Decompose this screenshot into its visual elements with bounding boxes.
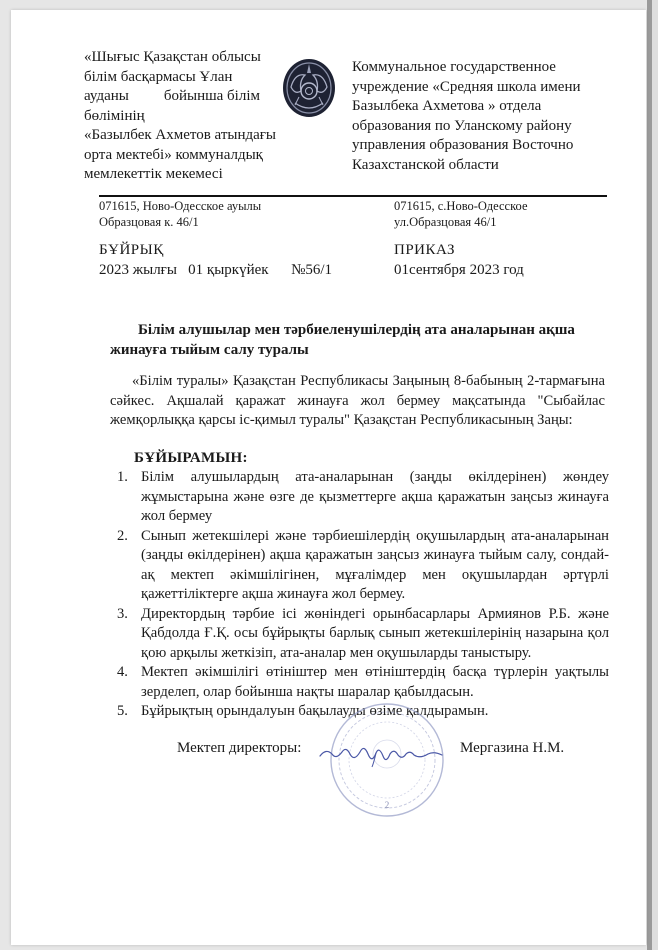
scrollbar-thumb[interactable] [647,0,652,950]
header-kz-line: білім басқармасы Ұлан [84,68,284,88]
header-kz-line: орта мектебі» коммуналдық [84,146,284,166]
header-kz-line: ауданы бойынша білім [84,87,260,107]
order-day-kz: 01 қыркүйек [188,262,268,278]
header-institution-kz: «Шығыс Қазақстан облысы білім басқармасы… [84,48,284,185]
item-text: Директордың тәрбие ісі жөніндегі орынбас… [141,605,609,664]
directive-heading: БҰЙЫРАМЫН: [134,450,248,467]
header-kz-word: ауданы [84,87,129,107]
address-line: Образцовая к. 46/1 [99,214,261,230]
address-ru: 071615, с.Ново-Одесское ул.Образцовая 46… [394,198,528,230]
state-emblem-icon [281,57,337,119]
item-text: Мектеп әкімшілігі өтініштер мен өтініште… [141,663,609,702]
signature-label: Мектеп директоры: [177,740,301,757]
address-line: 071615, Ново-Одесское ауылы [99,198,261,214]
header-kz-line: «Базылбек Ахметов атындағы [84,126,284,146]
order-item: 1. Білім алушылардың ата-аналарынан (заң… [117,468,609,527]
header-ru-line: управления образования Восточно [352,136,602,156]
address-line: ул.Образцовая 46/1 [394,214,528,230]
item-number: 3. [117,605,141,625]
header-kz-line: бөлімінің [84,107,284,127]
item-text: Сынып жетекшілері және тәрбиешілердің оқ… [141,527,609,605]
header-ru-line: Базылбека Ахметова » отдела [352,97,602,117]
order-number: №56/1 [291,262,332,278]
header-institution-ru: Коммунальное государственное учреждение … [352,58,602,175]
item-number: 4. [117,663,141,683]
header-kz-word: бойынша білім [164,87,260,107]
svg-text:2: 2 [385,800,390,810]
item-number: 2. [117,527,141,547]
header-kz-line: мемлекеттік мекемесі [84,165,284,185]
address-line: 071615, с.Ново-Одесское [394,198,528,214]
item-text: Білім алушылардың ата-аналарынан (заңды … [141,468,609,527]
header-ru-line: Казахстанской области [352,156,602,176]
scrollbar-track[interactable] [652,0,658,950]
header-ru-line: образования по Уланскому району [352,117,602,137]
order-item: 3. Директордың тәрбие ісі жөніндегі орын… [117,605,609,664]
order-block-kz: БҰЙРЫҚ 2023 жылғы 01 қыркүйек №56/1 [99,240,332,280]
preamble: «Білім туралы» Қазақстан Республикасы За… [110,372,605,431]
order-date-kz: 2023 жылғы 01 қыркүйек №56/1 [99,260,332,280]
order-item: 4. Мектеп әкімшілігі өтініштер мен өтіні… [117,663,609,702]
order-year-kz: 2023 жылғы [99,262,177,278]
signatory-name: Мергазина Н.М. [460,740,564,757]
item-number: 1. [117,468,141,488]
order-title-ru: ПРИКАЗ [394,240,524,260]
header-kz-line: «Шығыс Қазақстан облысы [84,48,284,68]
order-date-ru: 01сентября 2023 год [394,260,524,280]
preamble-text: «Білім туралы» Қазақстан Республикасы За… [110,372,605,431]
order-block-ru: ПРИКАЗ 01сентября 2023 год [394,240,524,280]
subject-line: жинауға тыйым салу туралы [110,340,610,360]
handwritten-signature-icon [316,738,446,768]
order-title-kz: БҰЙРЫҚ [99,240,332,260]
header-ru-line: учреждение «Средняя школа имени [352,78,602,98]
order-item: 2. Сынып жетекшілері және тәрбиешілердің… [117,527,609,605]
order-subject: Білім алушылар мен тәрбиеленушілердің ат… [110,320,610,360]
address-kz: 071615, Ново-Одесское ауылы Образцовая к… [99,198,261,230]
header-divider [99,195,607,197]
header-ru-line: Коммунальное государственное [352,58,602,78]
subject-line: Білім алушылар мен тәрбиеленушілердің ат… [110,320,610,340]
order-items-list: 1. Білім алушылардың ата-аналарынан (заң… [117,468,609,722]
item-number: 5. [117,702,141,722]
